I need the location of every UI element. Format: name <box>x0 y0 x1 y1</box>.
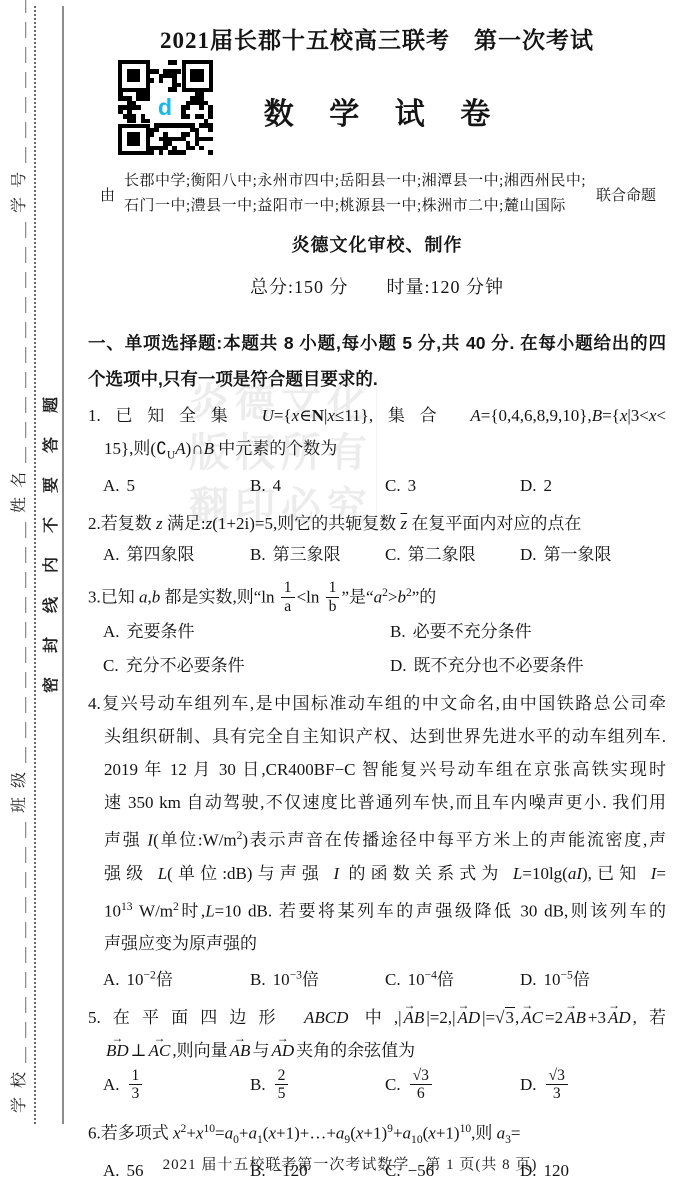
option-A: A.10−2倍 <box>103 962 250 993</box>
option-text: 10−4倍 <box>408 970 454 989</box>
seal-line-text: 密 封 线 内 不 要 答 题 <box>43 387 60 693</box>
stem-line: 15},则(∁UA)∩B 中元素的个数为 <box>88 432 666 471</box>
option-D: D.2 <box>520 473 666 499</box>
stem-line: 3.已知 a,b 都是实数,则“ln 1a<ln 1b”是“a2>b2”的 <box>88 576 666 616</box>
exam-title: 2021届长郡十五校高三联考 第一次考试 <box>88 22 666 55</box>
student-info-fields: 学校＿＿＿＿＿＿＿＿＿＿班级＿＿＿＿＿＿＿＿＿＿姓名＿＿＿＿＿＿＿＿＿＿学号＿＿… <box>6 13 28 1113</box>
qr-module <box>145 119 150 124</box>
question-stem: 5.在平面四边形 ABCD 中,|AB|=2,|AD|=√3,AC=2AB+3A… <box>88 1001 666 1067</box>
option-A: A.13 <box>103 1069 250 1104</box>
option-label: A. <box>103 476 120 495</box>
option-label: D. <box>520 1075 537 1094</box>
option-text: 10−2倍 <box>127 970 173 989</box>
option-text: 必要不充分条件 <box>413 622 532 641</box>
qr-module <box>186 132 191 137</box>
stem-line: 速 350 km 自动驾驶,不仅速度比普通列车快,而且车内噪声更小. 我们用 <box>88 786 666 819</box>
page-footer: 2021 届十五校联考第一次考试数学 第 1 页(共 8 页) <box>0 1153 700 1174</box>
student-info-text: 学校＿＿＿＿＿＿＿＿＿＿班级＿＿＿＿＿＿＿＿＿＿姓名＿＿＿＿＿＿＿＿＿＿学号＿＿… <box>11 0 28 1113</box>
option-label: C. <box>385 476 401 495</box>
exam-page: 学校＿＿＿＿＿＿＿＿＿＿班级＿＿＿＿＿＿＿＿＿＿姓名＿＿＿＿＿＿＿＿＿＿学号＿＿… <box>0 0 700 1190</box>
option-label: D. <box>520 970 537 989</box>
stem-line: 声强应变为原声强的 <box>88 927 666 960</box>
qr-finder-icon <box>118 60 150 92</box>
option-label: B. <box>250 970 266 989</box>
qr-module <box>172 87 177 92</box>
qr-module <box>177 83 182 88</box>
options: A.充要条件B.必要不充分条件C.充分不必要条件D.既不充分也不必要条件 <box>88 619 666 679</box>
option-C: C.√36 <box>385 1069 520 1104</box>
option-label: A. <box>103 970 120 989</box>
option-label: B. <box>250 545 266 564</box>
qr-module <box>159 78 164 83</box>
schools-block: 由 长郡中学;衡阳八中;永州市四中;岳阳县一中;湘潭县一中;湘西州民中; 石门一… <box>88 169 666 219</box>
stem-line: 声强 I(单位:W/m2)表示声音在传播途径中每平方米上的声能流密度,声 <box>88 819 666 857</box>
qr-module <box>150 78 155 83</box>
stem-line: 2.若复数 z 满足:z(1+2i)=5,则它的共轭复数 z 在复平面内对应的点… <box>88 507 666 540</box>
option-D: D.第一象限 <box>520 542 666 568</box>
option-label: D. <box>390 656 407 675</box>
qr-module <box>186 114 191 119</box>
option-text: 25 <box>273 1075 291 1094</box>
option-B: B.必要不充分条件 <box>390 619 666 645</box>
option-B: B.4 <box>250 473 385 499</box>
section-header: 一、单项选择题:本题共 8 小题,每小题 5 分,共 40 分. 在每小题给出的… <box>88 325 666 397</box>
option-text: 充分不必要条件 <box>126 656 245 675</box>
qr-logo-icon: d <box>150 92 180 122</box>
qr-module <box>177 69 182 74</box>
section-header-line: 一、单项选择题:本题共 8 小题,每小题 5 分,共 40 分. 在每小题给出的… <box>88 325 666 361</box>
option-text: 13 <box>127 1075 145 1094</box>
option-C: C.3 <box>385 473 520 499</box>
stem-line: 1.已知全集 U={x∈N|x≤11},集合 A={0,4,6,8,9,10},… <box>88 399 666 432</box>
option-B: B.10−3倍 <box>250 962 385 993</box>
option-label: B. <box>250 476 266 495</box>
qr-module <box>159 150 164 155</box>
question-list: 1.已知全集 U={x∈N|x≤11},集合 A={0,4,6,8,9,10},… <box>88 399 666 1184</box>
option-label: A. <box>103 545 120 564</box>
option-A: A.第四象限 <box>103 542 250 568</box>
stem-line: 1013 W/m2时,L=10 dB. 若要将某列车的声强级降低 30 dB,则… <box>88 890 666 928</box>
options: A.5B.4C.3D.2 <box>88 473 666 499</box>
option-label: C. <box>385 545 401 564</box>
content-border-line <box>62 6 64 1124</box>
school-list-line: 石门一中;澧县一中;益阳市一中;桃源县一中;株洲市二中;麓山国际 <box>124 194 596 219</box>
seal-line-label: 密 封 线 内 不 要 答 题 <box>38 320 60 760</box>
stem-line: BD⊥AC,则向量AB与AD夹角的余弦值为 <box>88 1034 666 1067</box>
option-A: A.5 <box>103 473 250 499</box>
by-label: 由 <box>100 184 124 205</box>
question-stem: 4.复兴号动车组列车,是中国标准动车组的中文命名,由中国铁路总公司牵头组织研制、… <box>88 687 666 960</box>
option-text: 第三象限 <box>273 545 341 564</box>
option-text: 4 <box>273 476 282 495</box>
qr-module <box>199 105 204 110</box>
qr-finder-icon <box>182 60 214 92</box>
option-text: 3 <box>408 476 417 495</box>
stem-line: 4.复兴号动车组列车,是中国标准动车组的中文命名,由中国铁路总公司牵 <box>88 687 666 720</box>
joint-proposition-label: 联合命题 <box>596 184 666 205</box>
qr-module <box>208 128 213 133</box>
stem-line: 2019 年 12 月 30 日,CR400BF−C 智能复兴号动车组在京张高铁… <box>88 753 666 786</box>
question-stem: 1.已知全集 U={x∈N|x≤11},集合 A={0,4,6,8,9,10},… <box>88 399 666 471</box>
seal-dotted-line <box>34 6 36 1124</box>
question-stem: 3.已知 a,b 都是实数,则“ln 1a<ln 1b”是“a2>b2”的 <box>88 576 666 616</box>
option-text: 2 <box>544 476 553 495</box>
option-text: 充要条件 <box>127 622 195 641</box>
qr-module <box>208 150 213 155</box>
stem-line: 5.在平面四边形 ABCD 中,|AB|=2,|AD|=√3,AC=2AB+3A… <box>88 1001 666 1034</box>
option-label: A. <box>103 622 120 641</box>
question-1: 1.已知全集 U={x∈N|x≤11},集合 A={0,4,6,8,9,10},… <box>88 399 666 499</box>
option-D: D.√33 <box>520 1069 666 1104</box>
qr-module <box>172 60 177 65</box>
option-text: 10−5倍 <box>544 970 590 989</box>
qr-module <box>145 96 150 101</box>
option-label: D. <box>520 476 537 495</box>
qr-finder-icon <box>118 124 150 156</box>
qr-module <box>150 150 155 155</box>
options: A.第四象限B.第三象限C.第二象限D.第一象限 <box>88 542 666 568</box>
question-stem: 2.若复数 z 满足:z(1+2i)=5,则它的共轭复数 z 在复平面内对应的点… <box>88 507 666 540</box>
section-header-line: 个选项中,只有一项是符合题目要求的. <box>88 361 666 397</box>
option-C: C.充分不必要条件 <box>103 653 390 679</box>
stem-line: 6.若多项式 x2+x10=a0+a1(x+1)+…+a9(x+1)9+a10(… <box>88 1112 666 1156</box>
qr-module <box>190 146 195 151</box>
qr-module <box>208 137 213 142</box>
option-text: 第二象限 <box>408 545 476 564</box>
option-label: D. <box>520 545 537 564</box>
option-text: √33 <box>544 1075 570 1094</box>
school-list: 长郡中学;衡阳八中;永州市四中;岳阳县一中;湘潭县一中;湘西州民中; 石门一中;… <box>124 169 596 219</box>
qr-module <box>181 150 186 155</box>
question-2: 2.若复数 z 满足:z(1+2i)=5,则它的共轭复数 z 在复平面内对应的点… <box>88 507 666 568</box>
option-label: B. <box>250 1075 266 1094</box>
question-5: 5.在平面四边形 ABCD 中,|AB|=2,|AD|=√3,AC=2AB+3A… <box>88 1001 666 1104</box>
qr-code: d <box>118 60 213 155</box>
option-text: 既不充分也不必要条件 <box>414 656 584 675</box>
option-B: B.第三象限 <box>250 542 385 568</box>
option-label: B. <box>390 622 406 641</box>
school-list-line: 长郡中学;衡阳八中;永州市四中;岳阳县一中;湘潭县一中;湘西州民中; <box>124 169 596 194</box>
qr-module <box>136 105 141 110</box>
option-C: C.第二象限 <box>385 542 520 568</box>
option-text: 5 <box>127 476 136 495</box>
qr-module <box>132 119 137 124</box>
question-3: 3.已知 a,b 都是实数,则“ln 1a<ln 1b”是“a2>b2”的A.充… <box>88 576 666 678</box>
qr-module <box>186 105 191 110</box>
option-label: A. <box>103 1075 120 1094</box>
option-text: √36 <box>408 1075 434 1094</box>
content-column: 2021届长郡十五校高三联考 第一次考试 d 数 学 试 卷 由 长郡中学;衡阳… <box>88 0 666 1184</box>
qr-module <box>154 128 159 133</box>
stem-line: 头组织研制、具有完全自主知识产权、达到世界先进水平的动车组列车. <box>88 720 666 753</box>
stem-line: 强级 L(单位:dB)与声强 I 的函数关系式为 L=10lg(aI),已知 I… <box>88 857 666 890</box>
qr-module <box>150 132 155 137</box>
option-D: D.既不充分也不必要条件 <box>390 653 666 679</box>
option-text: 10−3倍 <box>273 970 319 989</box>
option-text: 第一象限 <box>544 545 612 564</box>
option-text: 第四象限 <box>127 545 195 564</box>
score-time-line: 总分:150 分 时量:120 分钟 <box>88 273 666 299</box>
option-label: C. <box>385 1075 401 1094</box>
question-stem: 6.若多项式 x2+x10=a0+a1(x+1)+…+a9(x+1)9+a10(… <box>88 1112 666 1156</box>
qr-module <box>208 114 213 119</box>
option-B: B.25 <box>250 1069 385 1104</box>
qr-module <box>199 146 204 151</box>
producer-line: 炎德文化审校、制作 <box>88 231 666 257</box>
option-label: C. <box>103 656 119 675</box>
option-label: C. <box>385 970 401 989</box>
question-4: 4.复兴号动车组列车,是中国标准动车组的中文命名,由中国铁路总公司牵头组织研制、… <box>88 687 666 993</box>
option-A: A.充要条件 <box>103 619 390 645</box>
options: A.13B.25C.√36D.√33 <box>88 1069 666 1104</box>
